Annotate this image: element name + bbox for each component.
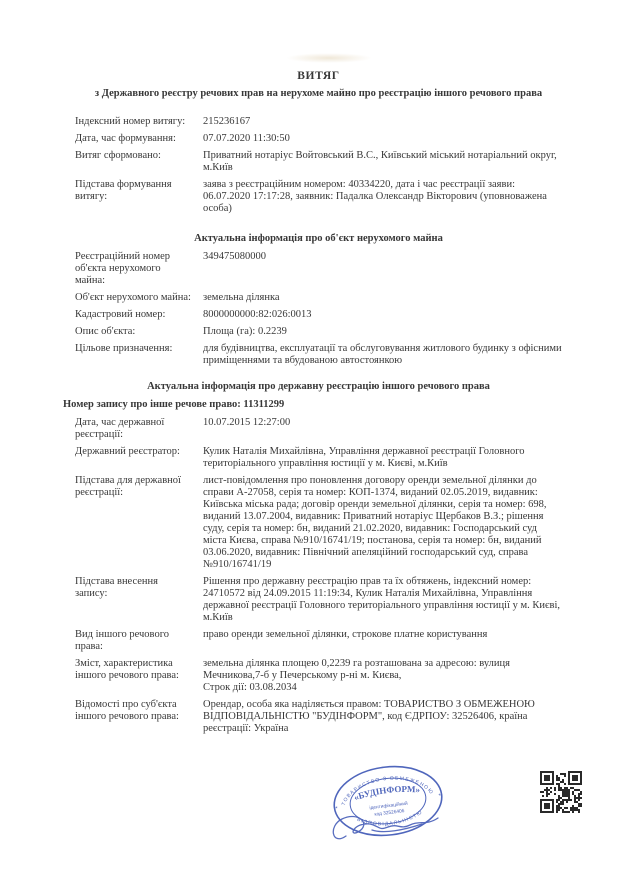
- field-label: Реєстраційний номер об'єкта нерухомого м…: [75, 251, 203, 287]
- field-row: Вид іншого речового права: право оренди …: [75, 629, 562, 653]
- field-value: Рішення про державну реєстрацію прав та …: [203, 576, 562, 624]
- field-label: Об'єкт нерухомого майна:: [75, 292, 203, 304]
- field-value: земельна ділянка: [203, 292, 562, 304]
- field-label: Опис об'єкта:: [75, 326, 203, 338]
- field-row: Реєстраційний номер об'єкта нерухомого м…: [75, 251, 562, 287]
- field-label: Зміст, характеристика іншого речового пр…: [75, 658, 203, 694]
- field-label: Підстава формування витягу:: [75, 179, 203, 215]
- section-title-object: Актуальна інформація про об'єкт нерухомо…: [75, 233, 562, 245]
- field-value: 215236167: [203, 116, 562, 128]
- field-row: Витяг сформовано: Приватний нотаріус Вой…: [75, 150, 562, 174]
- field-row: Дата, час державної реєстрації: 10.07.20…: [75, 417, 562, 441]
- field-value: право оренди земельної ділянки, строкове…: [203, 629, 562, 653]
- right-fields: Дата, час державної реєстрації: 10.07.20…: [75, 417, 562, 735]
- field-row: Опис об'єкта: Площа (га): 0.2239: [75, 326, 562, 338]
- field-label: Підстава для державної реєстрації:: [75, 475, 203, 571]
- field-label: Цільове призначення:: [75, 343, 203, 367]
- field-value: 349475080000: [203, 251, 562, 287]
- field-label: Дата, час формування:: [75, 133, 203, 145]
- field-row: Цільове призначення: для будівництва, ек…: [75, 343, 562, 367]
- stamp-star-left: *: [335, 806, 339, 812]
- field-label: Кадастровий номер:: [75, 309, 203, 321]
- field-row: Державний реєстратор: Кулик Наталія Миха…: [75, 446, 562, 470]
- section-title-right: Актуальна інформація про державну реєстр…: [75, 381, 562, 393]
- scan-smudge: [286, 53, 372, 63]
- document-page: ВИТЯГ з Державного реєстру речових прав …: [0, 0, 622, 880]
- field-row: Відомості про суб'єкта іншого речового п…: [75, 699, 562, 735]
- intro-fields: Індексний номер витягу: 215236167 Дата, …: [75, 116, 562, 215]
- field-row: Об'єкт нерухомого майна: земельна ділянк…: [75, 292, 562, 304]
- field-label: Дата, час державної реєстрації:: [75, 417, 203, 441]
- field-row: Зміст, характеристика іншого речового пр…: [75, 658, 562, 694]
- field-value: 10.07.2015 12:27:00: [203, 417, 562, 441]
- field-value: 07.07.2020 11:30:50: [203, 133, 562, 145]
- company-stamp-seal: ТОВАРИСТВО З ОБМЕЖЕНОЮ ВІДПОВІДАЛЬНІСТЮ …: [326, 756, 450, 856]
- field-value: земельна ділянка площею 0,2239 га розташ…: [203, 658, 562, 694]
- qr-code: [540, 771, 582, 813]
- field-label: Відомості про суб'єкта іншого речового п…: [75, 699, 203, 735]
- field-row: Підстава формування витягу: заява з реєс…: [75, 179, 562, 215]
- field-value: Кулик Наталія Михайлівна, Управління дер…: [203, 446, 562, 470]
- document-subtitle: з Державного реєстру речових прав на нер…: [75, 88, 562, 100]
- field-value: заява з реєстраційним номером: 40334220,…: [203, 179, 562, 215]
- record-number-line: Номер запису про інше речове право: 1131…: [63, 399, 562, 411]
- field-value: лист-повідомлення про поновлення договор…: [203, 475, 562, 571]
- field-row: Дата, час формування: 07.07.2020 11:30:5…: [75, 133, 562, 145]
- field-label: Державний реєстратор:: [75, 446, 203, 470]
- object-fields: Реєстраційний номер об'єкта нерухомого м…: [75, 251, 562, 367]
- field-label: Вид іншого речового права:: [75, 629, 203, 653]
- field-value: 8000000000:82:026:0013: [203, 309, 562, 321]
- field-value: Приватний нотаріус Войтовський В.С., Киї…: [203, 150, 562, 174]
- field-value: Орендар, особа яка наділяється правом: Т…: [203, 699, 562, 735]
- field-row: Підстава для державної реєстрації: лист-…: [75, 475, 562, 571]
- field-value: для будівництва, експлуатації та обслуго…: [203, 343, 562, 367]
- field-row: Кадастровий номер: 8000000000:82:026:001…: [75, 309, 562, 321]
- field-label: Підстава внесення запису:: [75, 576, 203, 624]
- field-label: Індексний номер витягу:: [75, 116, 203, 128]
- extract-document: ВИТЯГ з Державного реєстру речових прав …: [75, 70, 562, 740]
- field-value: Площа (га): 0.2239: [203, 326, 562, 338]
- field-row: Підстава внесення запису: Рішення про де…: [75, 576, 562, 624]
- document-title: ВИТЯГ: [75, 70, 562, 82]
- field-label: Витяг сформовано:: [75, 150, 203, 174]
- field-row: Індексний номер витягу: 215236167: [75, 116, 562, 128]
